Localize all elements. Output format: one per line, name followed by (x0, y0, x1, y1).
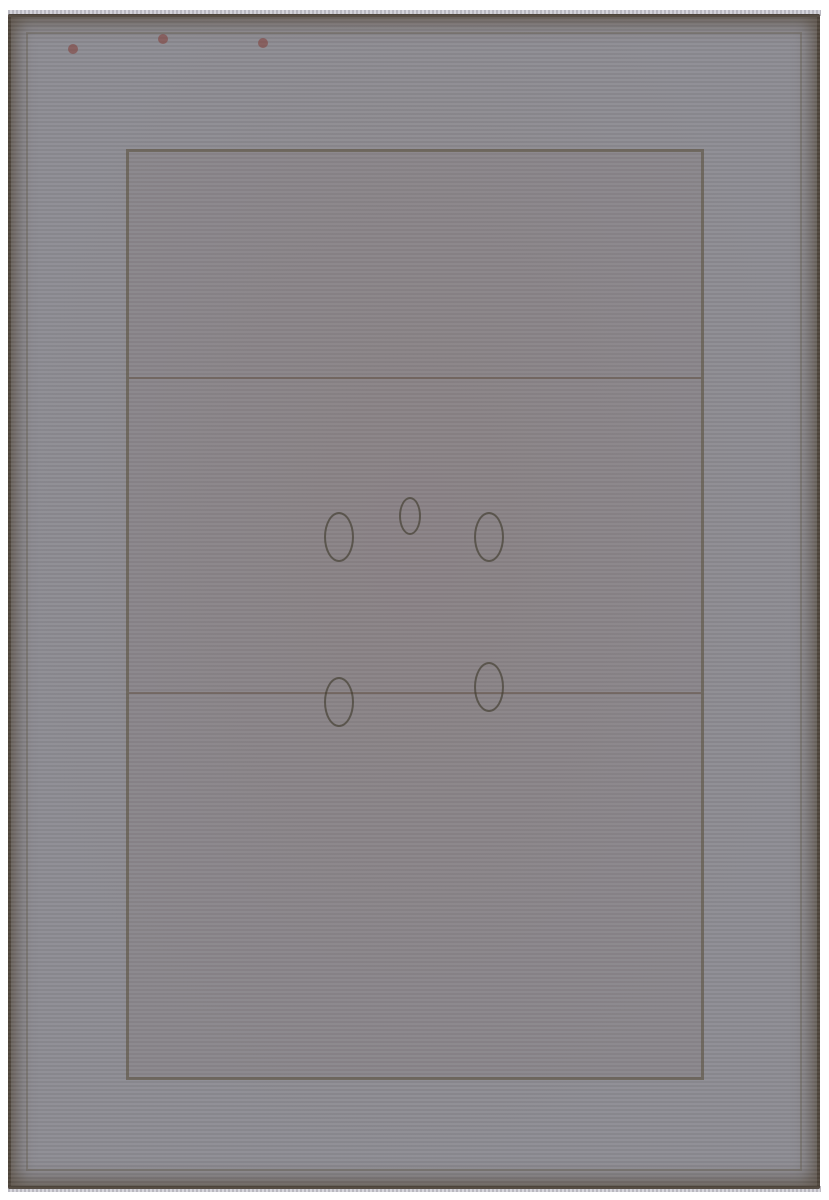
medallion-motif (399, 497, 421, 535)
field-band (129, 692, 701, 694)
rug-center-field (126, 149, 704, 1080)
accent-flower (68, 44, 78, 54)
field-band (129, 377, 701, 379)
rug (8, 14, 820, 1189)
medallion-motif (474, 662, 504, 712)
medallion-motif (474, 512, 504, 562)
medallion-motif (324, 677, 354, 727)
accent-flower (158, 34, 168, 44)
accent-flower (258, 38, 268, 48)
medallion-motif (324, 512, 354, 562)
